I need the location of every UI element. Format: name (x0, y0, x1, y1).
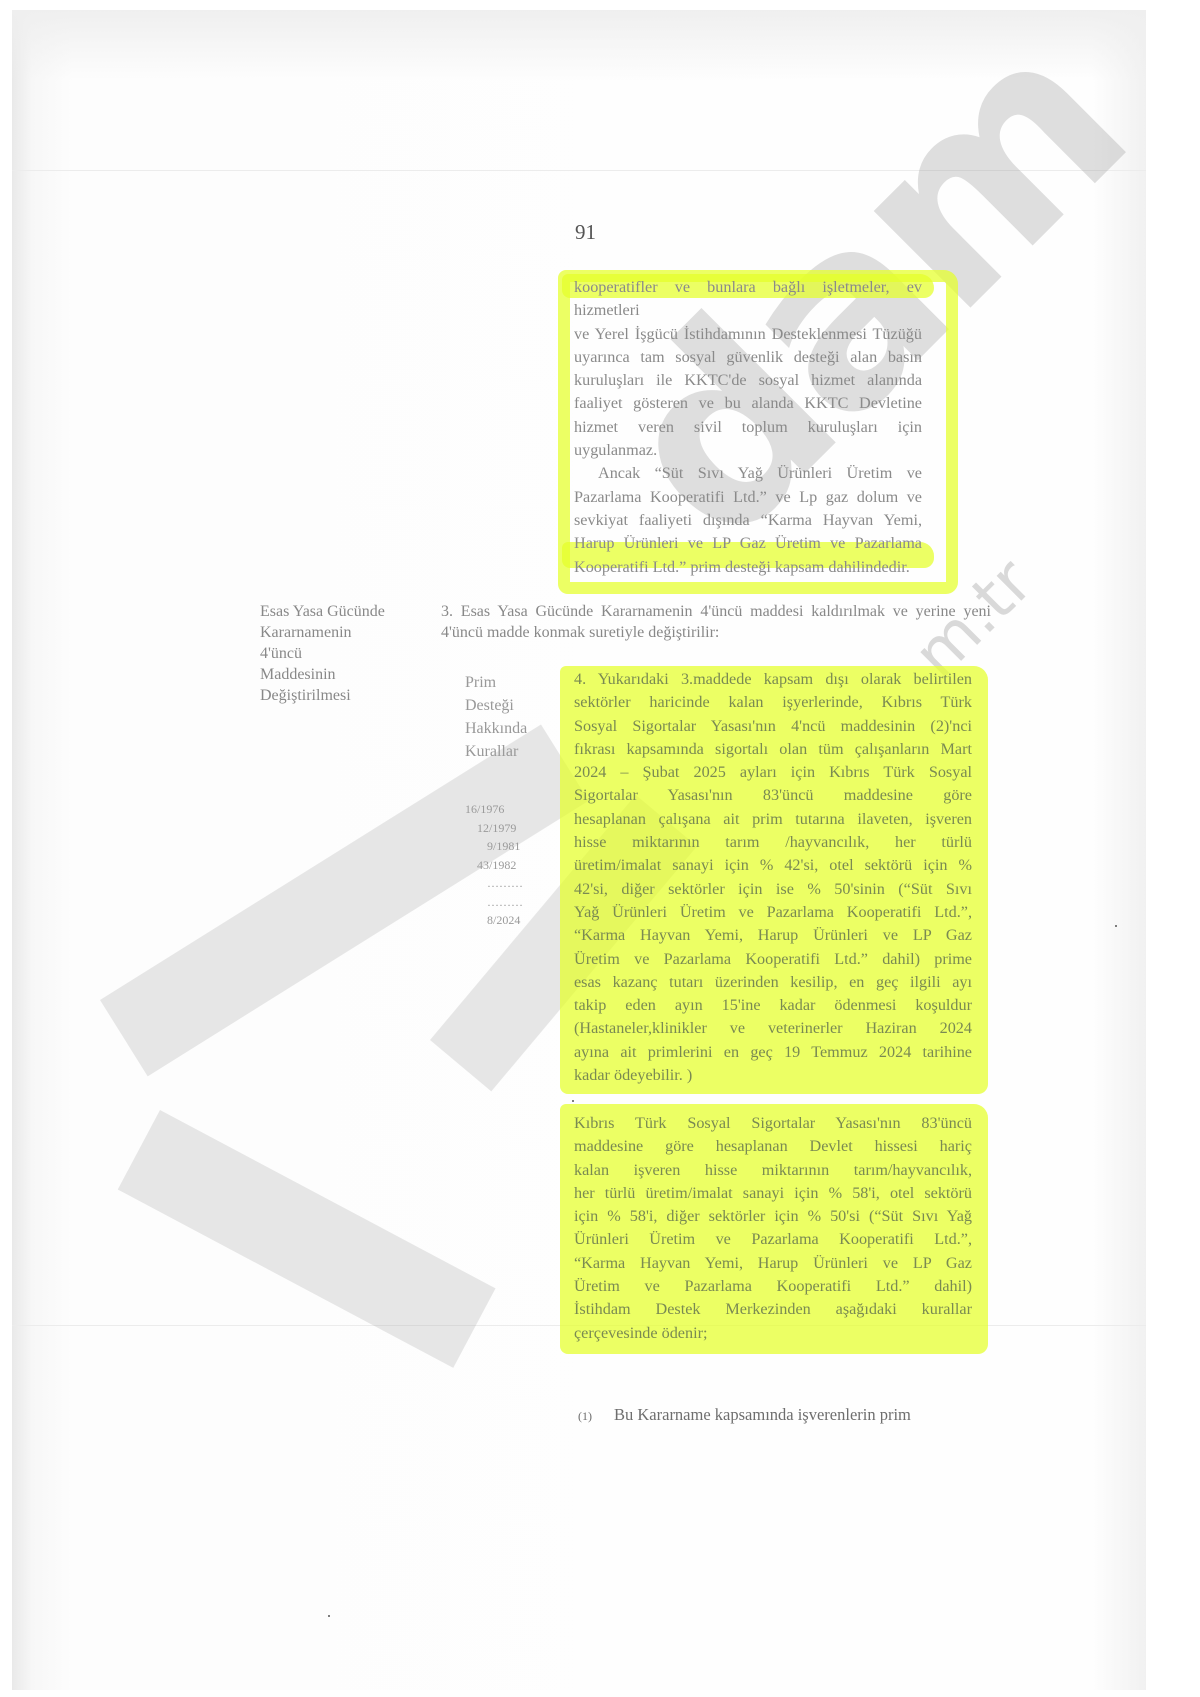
text-line: faaliyet gösteren ve bu alanda KKTC Devl… (574, 392, 922, 415)
text-line: 9/1981 (465, 837, 545, 856)
section-3-margin-title: Esas Yasa GücündeKararnamenin4'üncüMadde… (260, 601, 410, 706)
text-line: Prim (465, 671, 555, 694)
text-line: esas kazanç tutarı üzerinden kesilip, en… (574, 971, 972, 994)
text-line: Kurallar (465, 740, 555, 763)
text-line: Üretim ve Pazarlama Kooperatifi Ltd.” da… (574, 1275, 972, 1298)
text-line: Ancak “Süt Sıvı Yağ Ürünleri Üretim ve (574, 462, 922, 485)
text-line: maddesine göre hesaplanan Devlet hissesi… (574, 1135, 972, 1158)
scan-dot (328, 1615, 330, 1617)
law-references: 16/197612/19799/198143/1982………………8/2024 (465, 800, 545, 930)
text-line: 4. Yukarıdaki 3.maddede kapsam dışı olar… (574, 668, 972, 691)
text-line: 43/1982 (465, 856, 545, 875)
text-line: takip eden ayın 15'ine kadar ödenmesi ko… (574, 994, 972, 1017)
text-line: “Karma Hayvan Yemi, Harup Ürünleri ve LP… (574, 924, 972, 947)
text-line: ayına ait primlerini en geç 19 Temmuz 20… (574, 1041, 972, 1064)
article-4-side-heading: PrimDesteğiHakkındaKurallar (465, 671, 555, 763)
text-line: Pazarlama Kooperatifi Ltd.” ve Lp gaz do… (574, 486, 922, 509)
text-line: kalan işveren hisse miktarının tarım/hay… (574, 1159, 972, 1182)
list-item-1: (1) Bu Kararname kapsamında işverenlerin… (578, 1405, 998, 1425)
text-line: Yağ Ürünleri Üretim ve Pazarlama Koopera… (574, 901, 972, 924)
scan-dot (1115, 925, 1117, 927)
text-line: Üretim ve Pazarlama Kooperatifi Ltd.” da… (574, 948, 972, 971)
text-line: ……… (465, 874, 545, 893)
text-line: ve Yerel İşgücü İstihdamının Desteklenme… (574, 323, 922, 346)
text-line: 12/1979 (465, 819, 545, 838)
text-line: Değiştirilmesi (260, 685, 410, 706)
text-line: Hakkında (465, 717, 555, 740)
scan-artifact-line (12, 170, 1146, 171)
text-line: Desteği (465, 694, 555, 717)
text-line: hesaplanan çalışana ait prim tutarına il… (574, 808, 972, 831)
text-line: her türlü üretim/imalat sanayi için % 58… (574, 1182, 972, 1205)
continued-paragraph: kooperatifler ve bunlara bağlı işletmele… (574, 276, 922, 579)
exception-lines: Ancak “Süt Sıvı Yağ Ürünleri Üretim vePa… (574, 462, 922, 578)
page-number: 91 (575, 220, 596, 245)
text-line: Kooperatifi Ltd.” prim desteği kapsam da… (574, 556, 922, 579)
scan-shadow (12, 10, 1146, 80)
text-line: Ürünleri Üretim ve Pazarlama Kooperatifi… (574, 1228, 972, 1251)
text-line: Sigortalar Yasası'nın 83'üncü maddesine … (574, 784, 972, 807)
text-line: kadar ödeyebilir. ) (574, 1064, 972, 1087)
item-text: Bu Kararname kapsamında işverenlerin pri… (614, 1405, 911, 1425)
text-line: fıkrası kapsamında sigortalı olan tüm ça… (574, 738, 972, 761)
text-line: 16/1976 (465, 800, 545, 819)
text-line: Harup Ürünleri ve LP Gaz Üretim ve Pazar… (574, 532, 922, 555)
text-line: sevkiyat faaliyeti dışında “Karma Hayvan… (574, 509, 922, 532)
text-line: kooperatifler ve bunlara bağlı işletmele… (574, 276, 922, 323)
text-line: Sosyal Sigortalar Yasası'nın 4'ncü madde… (574, 715, 972, 738)
text-line: “Karma Hayvan Yemi, Harup Ürünleri ve LP… (574, 1252, 972, 1275)
text-line: hisse miktarının tarım /hayvancılık, her… (574, 831, 972, 854)
text-line: uyarınca tam sosyal güvenlik desteği ala… (574, 346, 922, 369)
article-4-paragraph-2: Kıbrıs Türk Sosyal Sigortalar Yasası'nın… (574, 1112, 972, 1345)
scan-dot (572, 1100, 574, 1102)
item-number: (1) (578, 1409, 592, 1424)
text-line: 2024 – Şubat 2025 ayları için Kıbrıs Tür… (574, 761, 972, 784)
text-line: 8/2024 (465, 911, 545, 930)
text-line: hizmet veren sivil toplum kuruluşları iç… (574, 416, 922, 439)
text-line: Kararnamenin (260, 622, 410, 643)
text-line: kuruluşları ile KKTC'de sosyal hizmet al… (574, 369, 922, 392)
text-line: çerçevesinde ödenir; (574, 1322, 972, 1345)
text-line: 42'si, diğer sektörler için ise % 50'sin… (574, 878, 972, 901)
text-line: uygulanmaz. (574, 439, 922, 462)
text-line: sektörler haricinde kalan işyerlerinde, … (574, 691, 972, 714)
continued-lines: kooperatifler ve bunlara bağlı işletmele… (574, 276, 922, 462)
article-4-paragraph-1: 4. Yukarıdaki 3.maddede kapsam dışı olar… (574, 668, 972, 1087)
text-line: Kıbrıs Türk Sosyal Sigortalar Yasası'nın… (574, 1112, 972, 1135)
section-3-text: 3. Esas Yasa Gücünde Kararnamenin 4'üncü… (441, 601, 991, 643)
text-line: Esas Yasa Gücünde (260, 601, 410, 622)
text-line: (Hastaneler,klinikler ve veterinerler Ha… (574, 1017, 972, 1040)
text-line: Maddesinin (260, 664, 410, 685)
text-line: üretim/imalat sanayi için % 42'si, otel … (574, 854, 972, 877)
text-line: İstihdam Destek Merkezinden aşağıdaki ku… (574, 1298, 972, 1321)
text-line: 4'üncü (260, 643, 410, 664)
text-line: ……… (465, 893, 545, 912)
text-line: için % 58'i, diğer sektörler için % 50's… (574, 1205, 972, 1228)
